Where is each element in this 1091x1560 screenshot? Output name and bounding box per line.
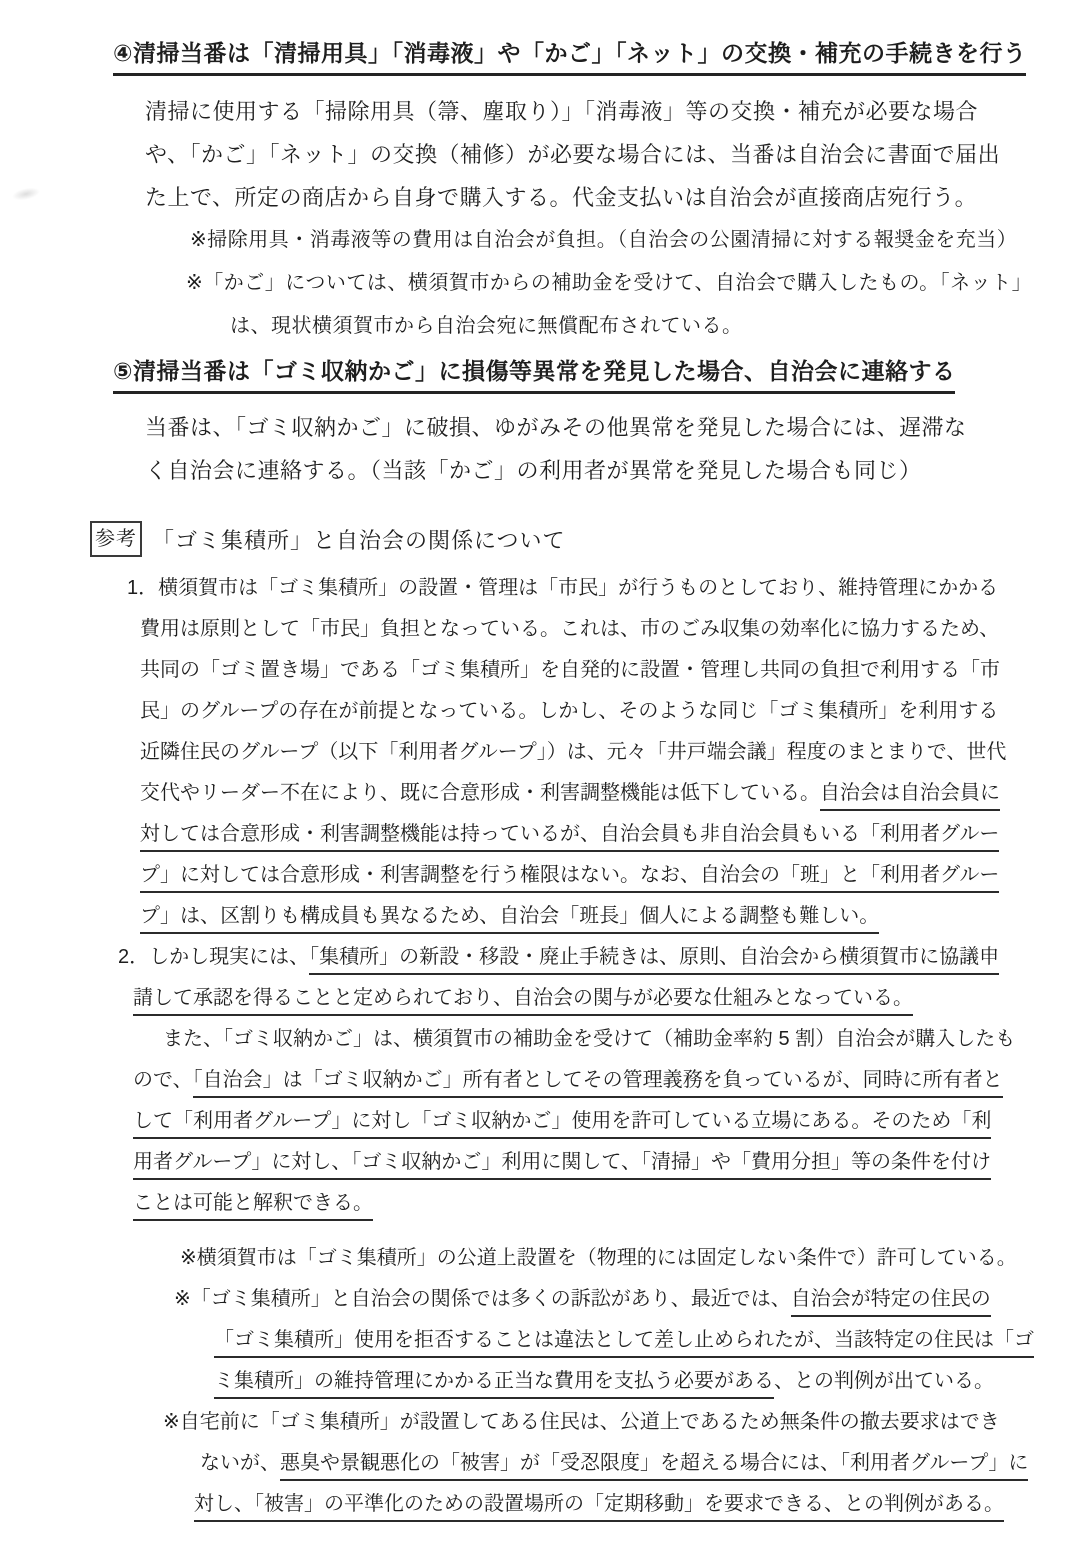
section4-heading: ④清掃当番は「清掃用具」「消毒液」や「かご」「ネット」の交換・補充の手続きを行う <box>113 38 1091 76</box>
text-run: た上で、所定の商店から自身で購入する。代金支払いは自治会が直接商店宛行う。 <box>145 185 977 210</box>
reference-item1-line: 費用は原則として「市民」負担となっている。これは、市のごみ収集の効率化に協力する… <box>140 609 1091 650</box>
text-run: は、現状横須賀市から自治会宛に無償配布されている。 <box>230 315 743 337</box>
reference-title: 「ゴミ集積所」と自治会の関係について <box>152 524 566 555</box>
reference-item1-line: プ」に対しては合意形成・利害調整を行う権限はない。なお、自治会の「班」と「利用者… <box>140 855 1091 896</box>
text-run: 清掃に使用する「掃除用具（箒、塵取り）」「消毒液」等の交換・補充が必要な場合 <box>145 99 978 124</box>
text-run: 交代やリーダー不在により、既に合意形成・利害調整機能は低下している。 <box>140 782 820 804</box>
text-run: 1．横須賀市は「ゴミ集積所」の設置・管理は「市民」が行うものとしており、維持管理… <box>127 577 998 599</box>
section4-body-line: 清掃に使用する「掃除用具（箒、塵取り）」「消毒液」等の交換・補充が必要な場合 <box>145 90 1091 133</box>
text-run: ※横須賀市は「ゴミ集積所」の公道上設置を（物理的には固定しない条件で）許可してい… <box>180 1247 1017 1269</box>
section5-body-line: く自治会に連絡する。（当該「かご」の利用者が異常を発見した場合も同じ） <box>145 449 1091 492</box>
reference-item1-line: プ」は、区割りも構成員も異なるため、自治会「班長」個人による調整も難しい。 <box>140 896 1091 937</box>
underlined-text-run: ことは可能と解釈できる。 <box>133 1192 373 1221</box>
underlined-text-run: 「自治会」は「ゴミ収納かご」所有者としてその管理義務を負っているが、同時に所有者… <box>193 1069 1003 1098</box>
underlined-text-run: プ」は、区割りも構成員も異なるため、自治会「班長」個人による調整も難しい。 <box>140 905 879 934</box>
text-run: 当番は、「ゴミ収納かご」に破損、ゆがみその他異常を発見した場合には、遅滞な <box>145 415 967 440</box>
text-run: 2．しかし現実には、 <box>118 946 309 968</box>
section5-heading: ⑤清掃当番は「ゴミ収納かご」に損傷等異常を発見した場合、自治会に連絡する <box>113 356 1091 394</box>
reference-item2-line: 2．しかし現実には、「集積所」の新設・移設・廃止手続きは、原則、自治会から横須賀… <box>118 937 1091 978</box>
underlined-text-run: プ」に対しては合意形成・利害調整を行う権限はない。なお、自治会の「班」と「利用者… <box>140 864 999 893</box>
underlined-text-run: 自治会は自治会員に <box>820 782 1000 811</box>
text-run: 費用は原則として「市民」負担となっている。これは、市のごみ収集の効率化に協力する… <box>140 618 999 640</box>
reference-note-line: 「ゴミ集積所」使用を拒否することは違法として差し止められたが、当該特定の住民は「… <box>214 1320 1091 1361</box>
reference-item2-line: 用者グループ」に対し、「ゴミ収納かご」利用に関して、「清掃」や「費用分担」等の条… <box>133 1142 1091 1183</box>
text-run: 民」のグループの存在が前提となっている。しかし、そのような同じ「ゴミ集積所」を利… <box>140 700 998 722</box>
underlined-text-run: 「ゴミ集積所」使用を拒否することは違法として差し止められたが、当該特定の住民は「… <box>214 1329 1034 1358</box>
reference-note-line: ないが、悪臭や景観悪化の「被害」が「受忍限度」を超える場合には、「利用者グループ… <box>200 1443 1091 1484</box>
reference-note-line: ※「ゴミ集積所」と自治会の関係では多くの訴訟があり、最近では、自治会が特定の住民… <box>174 1279 1091 1320</box>
scan-artifact <box>5 182 47 206</box>
reference-section: 参考 「ゴミ集積所」と自治会の関係について 1．横須賀市は「ゴミ集積所」の設置・… <box>0 520 1091 1525</box>
section5-body-line: 当番は、「ゴミ収納かご」に破損、ゆがみその他異常を発見した場合には、遅滞な <box>145 406 1091 449</box>
reference-item2-line: ことは可能と解釈できる。 <box>133 1183 1091 1224</box>
reference-item2-line: ので、「自治会」は「ゴミ収納かご」所有者としてその管理義務を負っているが、同時に… <box>133 1060 1091 1101</box>
text-run: や、「かご」「ネット」の交換（補修）が必要な場合には、当番は自治会に書面で届出 <box>145 142 1000 167</box>
underlined-text-run: 対し、「被害」の平準化のための設置場所の「定期移動」を要求できる、との判例がある… <box>194 1493 1004 1522</box>
underlined-text-run: 対しては合意形成・利害調整機能は持っているが、自治会員も非自治会員もいる「利用者… <box>140 823 999 852</box>
text-run: また、「ゴミ収納かご」は、横須賀市の補助金を受けて（補助金率約 5 割）自治会が… <box>163 1028 1015 1050</box>
reference-item1-line: 共同の「ゴミ置き場」である「ゴミ集積所」を自発的に設置・管理し共同の負担で利用す… <box>140 650 1091 691</box>
section4-note-line: ※「かご」については、横須賀市からの補助金を受けて、自治会で購入したもの。「ネッ… <box>186 262 1091 305</box>
text-run: ないが、 <box>200 1452 280 1474</box>
section4-body-line: た上で、所定の商店から自身で購入する。代金支払いは自治会が直接商店宛行う。 <box>145 176 1091 219</box>
reference-note-line: 対し、「被害」の平準化のための設置場所の「定期移動」を要求できる、との判例がある… <box>194 1484 1091 1525</box>
section4-note-line: は、現状横須賀市から自治会宛に無償配布されている。 <box>230 305 1091 348</box>
reference-item1-line: 民」のグループの存在が前提となっている。しかし、そのような同じ「ゴミ集積所」を利… <box>140 691 1091 732</box>
reference-note-line: ミ集積所」の維持管理にかかる正当な費用を支払う必要がある、との判例が出ている。 <box>214 1361 1091 1402</box>
reference-item1-line: 近隣住民のグループ（以下「利用者グループ」）は、元々「井戸端会議」程度のまとまり… <box>140 732 1091 773</box>
reference-note-line: ※自宅前に「ゴミ集積所」が設置してある住民は、公道上であるため無条件の撤去要求は… <box>163 1402 1091 1443</box>
reference-item1: 1．横須賀市は「ゴミ集積所」の設置・管理は「市民」が行うものとしており、維持管理… <box>0 568 1091 937</box>
underlined-text-run: ミ集積所」の維持管理にかかる正当な費用を支払う必要がある <box>214 1370 774 1399</box>
text-run: ※「かご」については、横須賀市からの補助金を受けて、自治会で購入したもの。「ネッ… <box>186 272 1032 294</box>
reference-label-box: 参考 <box>90 521 142 557</box>
section4-body-line: や、「かご」「ネット」の交換（補修）が必要な場合には、当番は自治会に書面で届出 <box>145 133 1091 176</box>
section5-heading-text: ⑤清掃当番は「ゴミ収納かご」に損傷等異常を発見した場合、自治会に連絡する <box>113 356 955 394</box>
underlined-text-run: 自治会が特定の住民の <box>791 1288 991 1317</box>
section4-note-line: ※掃除用具・消毒液等の費用は自治会が負担。（自治会の公園清掃に対する報奨金を充当… <box>190 219 1091 262</box>
text-run: 、との判例が出ている。 <box>774 1370 994 1392</box>
text-run: ※自宅前に「ゴミ集積所」が設置してある住民は、公道上であるため無条件の撤去要求は… <box>163 1411 1000 1433</box>
reference-item1-line: 交代やリーダー不在により、既に合意形成・利害調整機能は低下している。自治会は自治… <box>140 773 1091 814</box>
underlined-text-run: 請して承認を得ることと定められており、自治会の関与が必要な仕組みとなっている。 <box>133 987 913 1016</box>
underlined-text-run: 用者グループ」に対し、「ゴミ収納かご」利用に関して、「清掃」や「費用分担」等の条… <box>133 1151 991 1180</box>
text-run: 共同の「ゴミ置き場」である「ゴミ集積所」を自発的に設置・管理し共同の負担で利用す… <box>140 659 1000 681</box>
section4-heading-text: ④清掃当番は「清掃用具」「消毒液」や「かご」「ネット」の交換・補充の手続きを行う <box>113 38 1026 76</box>
reference-item1-line: 対しては合意形成・利害調整機能は持っているが、自治会員も非自治会員もいる「利用者… <box>140 814 1091 855</box>
reference-item2-line: して「利用者グループ」に対し「ゴミ収納かご」使用を許可している立場にある。そのた… <box>133 1101 1091 1142</box>
text-run: 近隣住民のグループ（以下「利用者グループ」）は、元々「井戸端会議」程度のまとまり… <box>140 741 1006 763</box>
reference-item2: 2．しかし現実には、「集積所」の新設・移設・廃止手続きは、原則、自治会から横須賀… <box>0 937 1091 1224</box>
reference-item2-line: また、「ゴミ収納かご」は、横須賀市の補助金を受けて（補助金率約 5 割）自治会が… <box>163 1019 1091 1060</box>
text-run: ので、 <box>133 1069 193 1091</box>
underlined-text-run: して「利用者グループ」に対し「ゴミ収納かご」使用を許可している立場にある。そのた… <box>133 1110 991 1139</box>
text-run: く自治会に連絡する。（当該「かご」の利用者が異常を発見した場合も同じ） <box>145 458 922 483</box>
reference-notes: ※横須賀市は「ゴミ集積所」の公道上設置を（物理的には固定しない条件で）許可してい… <box>0 1238 1091 1525</box>
underlined-text-run: 「集積所」の新設・移設・廃止手続きは、原則、自治会から横須賀市に協議申 <box>309 946 999 975</box>
reference-item1-line: 1．横須賀市は「ゴミ集積所」の設置・管理は「市民」が行うものとしており、維持管理… <box>127 568 1091 609</box>
text-run: ※「ゴミ集積所」と自治会の関係では多くの訴訟があり、最近では、 <box>174 1288 791 1310</box>
reference-item2-line: 請して承認を得ることと定められており、自治会の関与が必要な仕組みとなっている。 <box>133 978 1091 1019</box>
reference-header: 参考 「ゴミ集積所」と自治会の関係について <box>90 520 1091 558</box>
scanned-document-page: ④清掃当番は「清掃用具」「消毒液」や「かご」「ネット」の交換・補充の手続きを行う… <box>0 0 1091 1560</box>
underlined-text-run: 悪臭や景観悪化の「被害」が「受忍限度」を超える場合には、「利用者グループ」に <box>280 1452 1028 1481</box>
reference-note-line: ※横須賀市は「ゴミ集積所」の公道上設置を（物理的には固定しない条件で）許可してい… <box>180 1238 1091 1279</box>
text-run: ※掃除用具・消毒液等の費用は自治会が負担。（自治会の公園清掃に対する報奨金を充当… <box>190 229 1017 251</box>
